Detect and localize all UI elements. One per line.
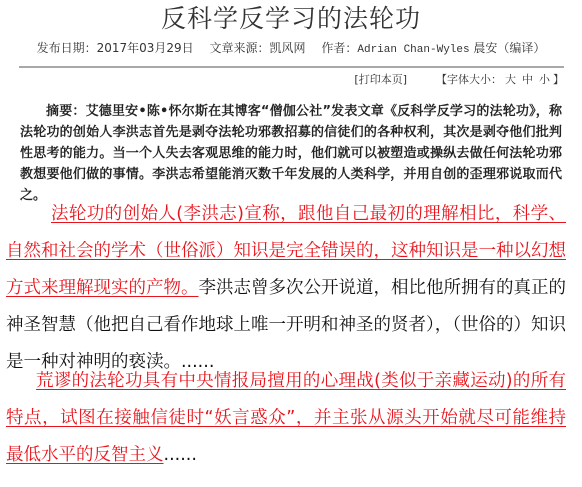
article-abstract: 摘要：艾德里安•陈•怀尔斯在其博客“僧伽公社”发表文章《反科学反学习的法轮功》，… xyxy=(20,101,562,206)
publish-date-label: 发布日期： xyxy=(37,41,97,55)
font-size-small-link[interactable]: 小 xyxy=(539,73,550,86)
ellipsis-text: ...... xyxy=(164,445,197,465)
highlighted-quote: 荒谬的法轮功具有中央情报局擅用的心理战(类似于亲藏运动)的所有特点，试图在接触信… xyxy=(6,371,566,465)
article-meta: 发布日期：2017年03月29日 文章来源：凯风网 作者：Adrian Chan… xyxy=(0,40,582,58)
font-size-large-link[interactable]: 大 xyxy=(505,73,516,86)
author-label: 作者： xyxy=(321,41,357,55)
font-size-close-bracket: 】 xyxy=(553,73,564,86)
article-source: 文章来源：凯风网 xyxy=(210,41,306,55)
font-size-medium-link[interactable]: 中 xyxy=(522,73,533,86)
body-paragraph-1: 法轮功的创始人(李洪志)宣称，跟他自己最初的理解相比，科学、自然和社会的学术（世… xyxy=(6,196,566,381)
article-author: 作者：Adrian Chan-Wyles 晨安（编译） xyxy=(321,41,545,55)
source-label: 文章来源： xyxy=(210,41,270,55)
article-tools: [打印本页] 【字体大小：大中小】 xyxy=(354,72,564,88)
author-name: Adrian Chan-Wyles xyxy=(357,44,469,56)
font-size-label: 【字体大小： xyxy=(436,73,502,86)
publish-date-value: 2017年03月29日 xyxy=(97,41,194,55)
source-value: 凯风网 xyxy=(270,41,306,55)
print-page-link[interactable]: [打印本页] xyxy=(354,73,407,86)
translator-note: 晨安（编译） xyxy=(473,41,545,55)
header-divider xyxy=(19,66,564,68)
font-size-control: 【字体大小：大中小】 xyxy=(436,73,564,86)
article-title: 反科学反学习的法轮功 xyxy=(0,3,582,35)
publish-date: 发布日期：2017年03月29日 xyxy=(37,41,194,55)
body-paragraph-2: 荒谬的法轮功具有中央情报局擅用的心理战(类似于亲藏运动)的所有特点，试图在接触信… xyxy=(6,363,566,474)
